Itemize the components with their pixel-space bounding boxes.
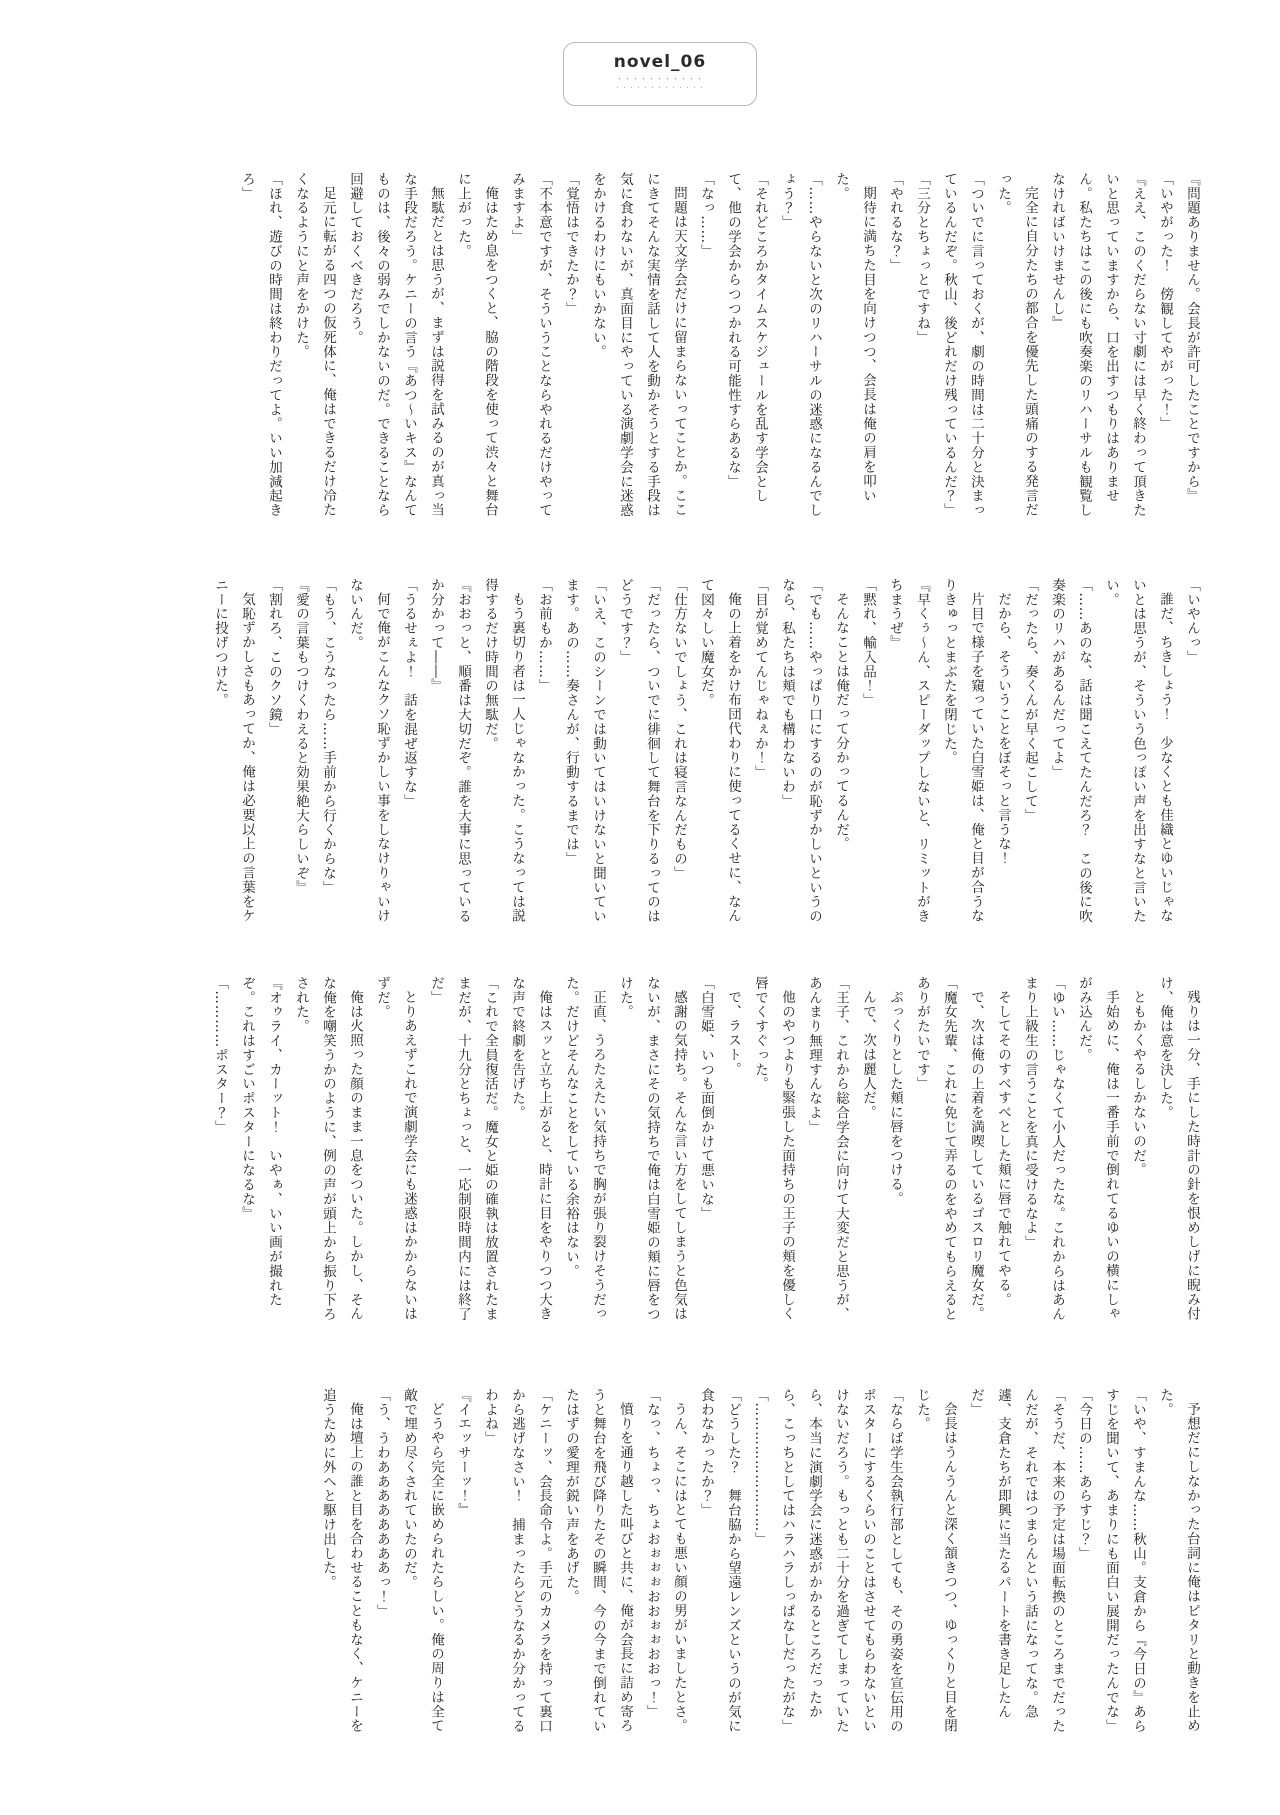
paragraph: とりあえずこれで演劇学会にも迷惑はかからないはずだ。: [368, 976, 422, 1328]
paragraph: 「…………ポスター？」: [206, 976, 233, 1328]
paragraph: 「……あのな、話は聞こえてたんだろ？ この後に吹奏楽のリハがあるんだってよ」: [1043, 578, 1097, 930]
paragraph: 俺はため息をつくと、脇の階段を使って渋々と舞台に上がった。: [449, 172, 503, 524]
paragraph: 『おおっと、順番は大切だぞ。誰を大事に思っているか分かって――』: [422, 578, 476, 930]
paragraph: 「ゆい……じゃなくて小人だったな。これからはあんまり上級生の言うことを真に受ける…: [1016, 976, 1070, 1328]
paragraph: 「王子、これから総合学会に向けて大変だと思うが、あんまり無理すんなよ」: [800, 976, 854, 1328]
paragraph: 足元に転がる四つの仮死体に、俺はできるだけ冷たくなるようにと声をかけた。: [287, 172, 341, 524]
paragraph: 「ついでに言っておくが、劇の時間は二十分と決まっているんだぞ。秋山、後どれだけ残…: [935, 172, 989, 524]
paragraph: 「ほれ、遊びの時間は終わりだってよ。いい加減起きろ」: [233, 172, 287, 524]
paragraph: そしてそのすべすべとした頬に唇で触れてやる。: [989, 976, 1016, 1328]
paragraph: ぷっくりとした頬に唇をつける。: [881, 976, 908, 1328]
paragraph: 俺は壇上の誰と目を合わせることもなく、ケニーを追うために外へと駆け出した。: [314, 1388, 368, 1740]
paragraph: 「う、うわああああああああっ！」: [368, 1388, 395, 1740]
paragraph: どうやら完全に嵌められたらしい。俺の周りは全て敵で埋め尽くされていたのだ。: [395, 1388, 449, 1740]
paragraph: 予想だにしなかった台詞に俺はピタリと動きを止めた。: [1151, 1388, 1205, 1740]
paragraph: 「なっ……」: [692, 172, 719, 524]
header-subtitle-line2: ・・・・・・・・・・・・・: [564, 85, 756, 93]
paragraph: 「ケニーッ、会長命令よ。手元のカメラを持って裏口から逃げなさい！ 捕まったらどう…: [476, 1388, 557, 1740]
paragraph: 「だったら、奏くんが早く起こして」: [1016, 578, 1043, 930]
paragraph: んで、次は麗人だ。: [854, 976, 881, 1328]
text-band-2: 「いやんっ」誰だ、ちきしょう！ 少なくとも佳織とゆいじゃないとは思うが、そういう…: [65, 578, 1205, 930]
paragraph: 俺は火照った顔のまま一息をついた。しかし、そんな俺を嘲笑うかのように、例の声が頭…: [287, 976, 368, 1328]
paragraph: 「お前もか……」: [530, 578, 557, 930]
paragraph: 手始めに、俺は一番手前で倒れてるゆいの横にしゃがみ込んだ。: [1070, 976, 1124, 1328]
paragraph: だから、そういうことをぼそっと言うな！: [989, 578, 1016, 930]
paragraph: 「ならば学生会執行部としても、その勇姿を宣伝用のポスターにするくらいのことはさせ…: [773, 1388, 908, 1740]
paragraph: 「なっ、ちょっ、ちょおぉぉぉおおぉぉおおっ！」: [638, 1388, 665, 1740]
paragraph: 残りは一分、手にした時計の針を恨めしげに睨み付け、俺は意を決した。: [1151, 976, 1205, 1328]
paragraph: 『イエッサーッ！』: [449, 1388, 476, 1740]
paragraph: そんなことは俺だって分かってるんだ。: [827, 578, 854, 930]
paragraph: 気恥ずかしさもあってか、俺は必要以上の言葉をケニーに投げつけた。: [206, 578, 260, 930]
text-band-4: 予想だにしなかった台詞に俺はピタリと動きを止めた。「いや、すまんな……秋山。支倉…: [65, 1388, 1205, 1740]
paragraph: 『ええ、このくだらない寸劇には早く終わって頂きたいと思っていますから、口を出すつ…: [1043, 172, 1151, 524]
paragraph: 「うるせぇよ！ 話を混ぜ返すな」: [395, 578, 422, 930]
page-title: novel_06: [564, 52, 756, 72]
paragraph: 「目が覚めてんじゃねぇか！」: [746, 578, 773, 930]
paragraph: 「不本意ですが、そういうことならやれるだけやってみますよ」: [503, 172, 557, 524]
paragraph: 「………………………」: [746, 1388, 773, 1740]
paragraph: 「やれるな？」: [881, 172, 908, 524]
paragraph: 『問題ありません。会長が許可したことですから』: [1178, 172, 1205, 524]
paragraph: 正直、うろたえたい気持ちで胸が張り裂けそうだった。だけどそんなことをしている余裕…: [557, 976, 611, 1328]
text-band-1: 『問題ありません。会長が許可したことですから』「いやがった！ 傍観してやがった！…: [65, 172, 1205, 524]
paragraph: 何で俺がこんなクソ恥ずかしい事をしなけりゃいけないんだ。: [341, 578, 395, 930]
paragraph: 「黙れ、輸入品！」: [854, 578, 881, 930]
paragraph: 感謝の気持ち。そんな言い方をしてしまうと色気はないが、まさにその気持ちで俺は白雪…: [611, 976, 692, 1328]
paragraph: で、次は俺の上着を満喫しているゴスロリ魔女だ。: [962, 976, 989, 1328]
paragraph: 「今日の……あらすじ？」: [1070, 1388, 1097, 1740]
paragraph: 期待に満ちた目を向けつつ、会長は俺の肩を叩いた。: [827, 172, 881, 524]
header-subtitle-line1: ・・・・・・・・・・・: [564, 75, 756, 83]
paragraph: もう裏切り者は一人じゃなかった。こうなっては説得するだけ時間の無駄だ。: [476, 578, 530, 930]
chapter-header-box: novel_06 ・・・・・・・・・・・ ・・・・・・・・・・・・・: [563, 42, 757, 106]
paragraph: 完全に自分たちの都合を優先した頭痛のする発言だった。: [989, 172, 1043, 524]
paragraph: 無駄だとは思うが、まずは説得を試みるのが真っ当な手段だろう。ケニーの言う『あつ〜…: [341, 172, 449, 524]
paragraph: で、ラスト。: [719, 976, 746, 1328]
paragraph: 「……やらないと次のリハーサルの迷惑になるんでしょう？」: [773, 172, 827, 524]
paragraph: 「割れろ、このクソ鏡」: [260, 578, 287, 930]
paragraph: 「これで全員復活だ。魔女と姫の確執は放置されたままだが、十九分とちょっと、一応制…: [422, 976, 503, 1328]
paragraph: 誰だ、ちきしょう！ 少なくとも佳織とゆいじゃないとは思うが、そういう色っぽい声を…: [1097, 578, 1178, 930]
paragraph: 「いやんっ」: [1178, 578, 1205, 930]
text-band-3: 残りは一分、手にした時計の針を恨めしげに睨み付け、俺は意を決した。ともかくやるし…: [65, 976, 1205, 1328]
paragraph: 会長はうんうんと深く頷きつつ、ゆっくりと目を閉じた。: [908, 1388, 962, 1740]
paragraph: うん、そこにはとても悪い顔の男がいましたとさ。: [665, 1388, 692, 1740]
paragraph: ともかくやるしかないのだ。: [1124, 976, 1151, 1328]
paragraph: 『オゥライ、カーット！ いやぁ、いい画が撮れたぞ。これはすごいポスターになるな』: [233, 976, 287, 1328]
paragraph: 「だったら、ついでに徘徊して舞台を下りるってのはどうです？」: [611, 578, 665, 930]
paragraph: 「いやがった！ 傍観してやがった！」: [1151, 172, 1178, 524]
paragraph: 「そうだ、本来の予定は場面転換のところまでだったんだが、それではつまらんという話…: [962, 1388, 1070, 1740]
paragraph: 「仕方ないでしょう、これは寝言なんだもの」: [665, 578, 692, 930]
paragraph: 「いや、すまんな……秋山。支倉から『今日の』あらすじを聞いて、あまりにも面白い展…: [1097, 1388, 1151, 1740]
paragraph: 「もう、こうなったら……手前から行くからな」: [314, 578, 341, 930]
novel-page: novel_06 ・・・・・・・・・・・ ・・・・・・・・・・・・・ 『問題あり…: [0, 0, 1280, 1815]
paragraph: 他のやつよりも緊張した面持ちの王子の頬を優しく唇でくすぐった。: [746, 976, 800, 1328]
paragraph: 『愛の言葉もつけくわえると効果絶大らしいぞ』: [287, 578, 314, 930]
paragraph: 「白雪姫、いつも面倒かけて悪いな」: [692, 976, 719, 1328]
paragraph: 『早くぅ〜ん、スピーダップしないと、リミットがきちまうぜ』: [881, 578, 935, 930]
paragraph: 「でも……やっぱり口にするのが恥ずかしいというのなら、私たちは頬でも構わないわ」: [773, 578, 827, 930]
paragraph: 憤りを通り越した叫びと共に、俺が会長に詰め寄ろうと舞台を飛び降りたその瞬間、今の…: [557, 1388, 638, 1740]
paragraph: 「魔女先輩、これに免じて弄るのをやめてもらえるとありがたいです」: [908, 976, 962, 1328]
paragraph: 「覚悟はできたか？」: [557, 172, 584, 524]
paragraph: 問題は天文学会だけに留まらないってことか。ここにきてそんな実情を話して人を動かそ…: [584, 172, 692, 524]
paragraph: 「それどころかタイムスケジュールを乱す学会として、他の学会からつつかれる可能性す…: [719, 172, 773, 524]
paragraph: 「三分とちょっとですね」: [908, 172, 935, 524]
paragraph: 「いえ、このシーンでは動いてはいけないと聞いています。あの……奏さんが、行動する…: [557, 578, 611, 930]
paragraph: 俺の上着をかけ布団代わりに使ってるくせに、なんて図々しい魔女だ。: [692, 578, 746, 930]
paragraph: 片目で様子を窺っていた白雪姫は、俺と目が合うなりきゅっとまぶたを閉じた。: [935, 578, 989, 930]
paragraph: 俺はスッと立ち上がると、時計に目をやりつつ大きな声で終劇を告げた。: [503, 976, 557, 1328]
paragraph: 「どうした？ 舞台脇から望遠レンズというのが気に食わなかったか？」: [692, 1388, 746, 1740]
